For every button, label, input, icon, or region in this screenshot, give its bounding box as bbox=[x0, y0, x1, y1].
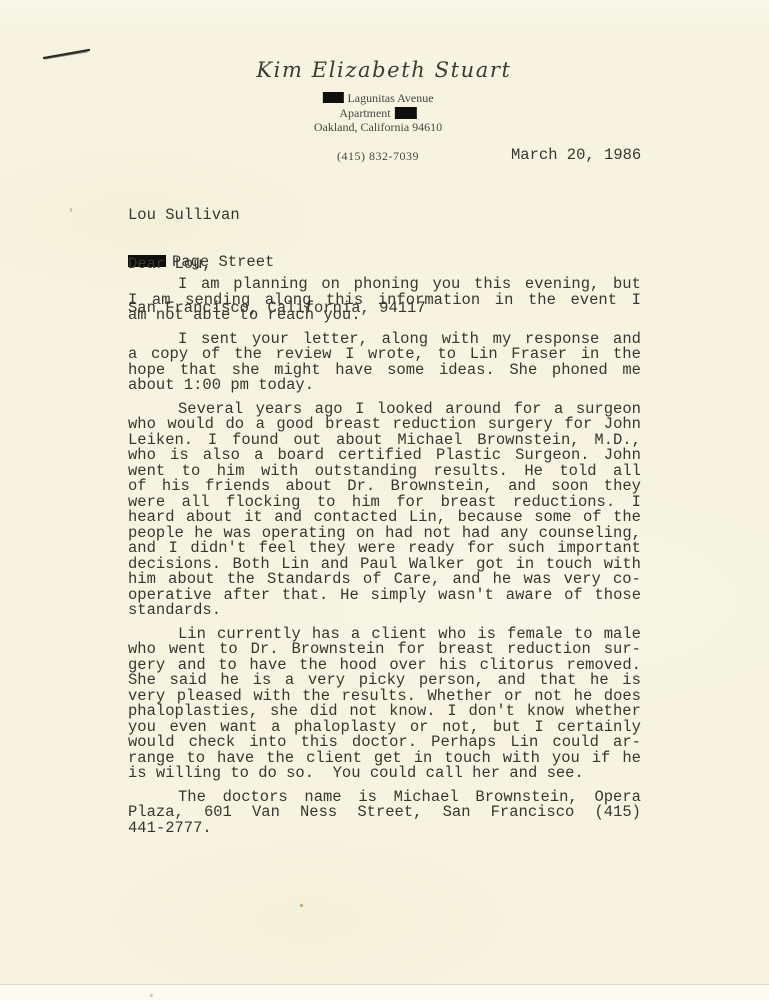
recipient-name: Lou Sullivan bbox=[128, 208, 426, 224]
paragraph: Iamplanningonphoningyouthisevening,butIa… bbox=[128, 277, 641, 324]
letterhead-address: Lagunitas Avenue Apartment Oakland, Cali… bbox=[314, 91, 442, 135]
paper-speck bbox=[150, 994, 153, 997]
letter-line: standards. bbox=[128, 603, 641, 619]
letterhead-phone: (415) 832-7039 bbox=[337, 149, 419, 164]
letter-body: Iamplanningonphoningyouthisevening,butIa… bbox=[128, 277, 641, 836]
paper-speck bbox=[300, 904, 303, 907]
letter-line: am not able to reach you. bbox=[128, 308, 641, 324]
letter-line: is willing to do so. You could call her … bbox=[128, 766, 641, 782]
paper-speck bbox=[70, 208, 72, 212]
pen-mark bbox=[43, 48, 91, 60]
paragraph: Lincurrentlyhasaclientwhoisfemaletomalew… bbox=[128, 627, 641, 782]
letter-line: about 1:00 pm today. bbox=[128, 378, 641, 394]
letterhead-name: Kim Elizabeth Stuart bbox=[256, 58, 511, 82]
paragraph: Isentyourletter,alongwithmyresponseandac… bbox=[128, 332, 641, 394]
letter-date: March 20, 1986 bbox=[511, 146, 641, 164]
scan-edge bbox=[0, 984, 769, 1000]
letterhead-apartment-label: Apartment bbox=[339, 106, 390, 120]
salutation: Dear Lou, bbox=[128, 255, 212, 273]
letterhead-street-line: Lagunitas Avenue bbox=[314, 91, 442, 106]
letterhead-apartment-line: Apartment bbox=[314, 106, 442, 121]
paragraph: ThedoctorsnameisMichaelBrownstein,OperaP… bbox=[128, 790, 641, 837]
letterhead-street: Lagunitas Avenue bbox=[347, 91, 433, 105]
redaction-box bbox=[322, 92, 343, 103]
scanned-letter-page: Kim Elizabeth Stuart Lagunitas Avenue Ap… bbox=[0, 0, 769, 1000]
letter-line: 441-2777. bbox=[128, 821, 641, 837]
paragraph: SeveralyearsagoIlookedaroundforasurgeonw… bbox=[128, 402, 641, 619]
redaction-box bbox=[395, 107, 417, 119]
letterhead-city-line: Oakland, California 94610 bbox=[314, 120, 442, 135]
